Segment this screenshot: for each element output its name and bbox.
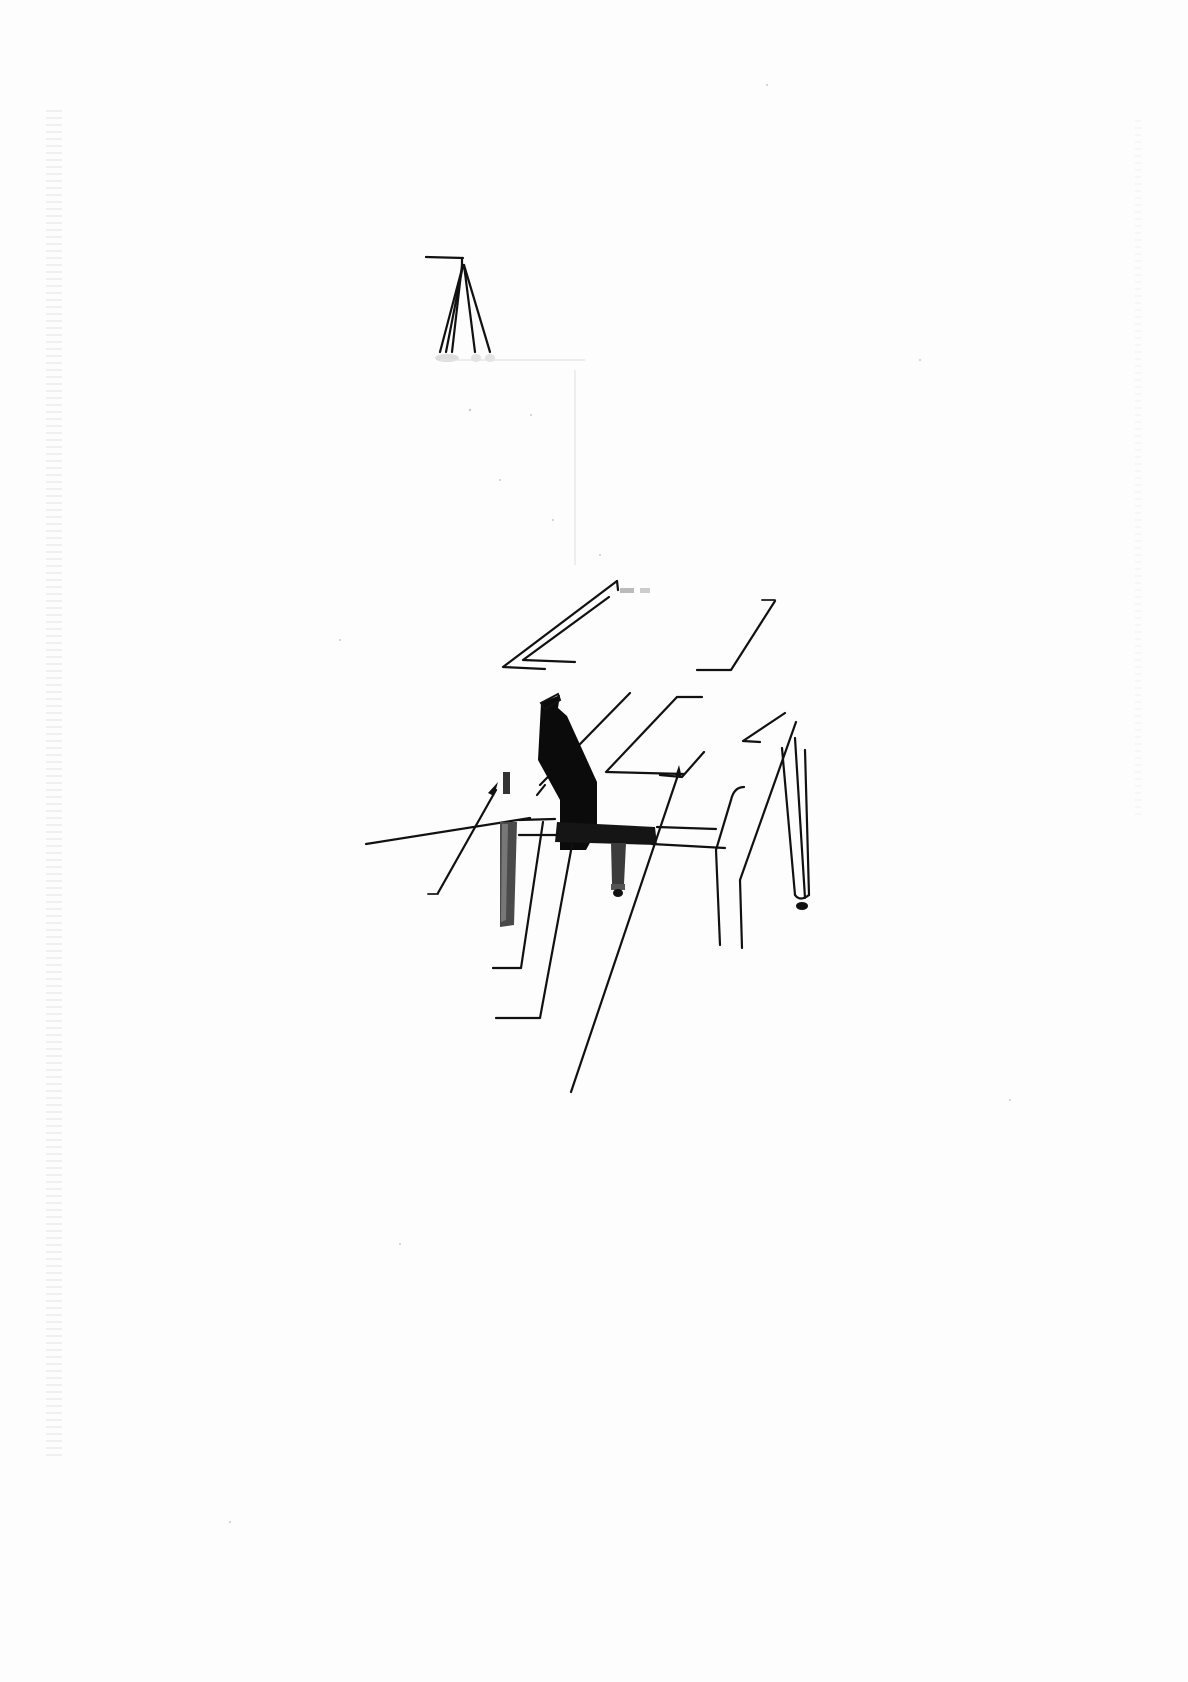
drawing-sheet [0, 0, 1188, 1682]
scan-specks [229, 84, 1011, 1523]
right-leg [716, 722, 796, 948]
reference-marker [426, 257, 495, 362]
tabletop [503, 581, 775, 670]
rear-leg [782, 738, 809, 910]
technical-drawing [0, 0, 1188, 1682]
ghost-rectangle [440, 360, 585, 565]
left-front-leg [500, 822, 517, 927]
center-leg [611, 843, 626, 897]
